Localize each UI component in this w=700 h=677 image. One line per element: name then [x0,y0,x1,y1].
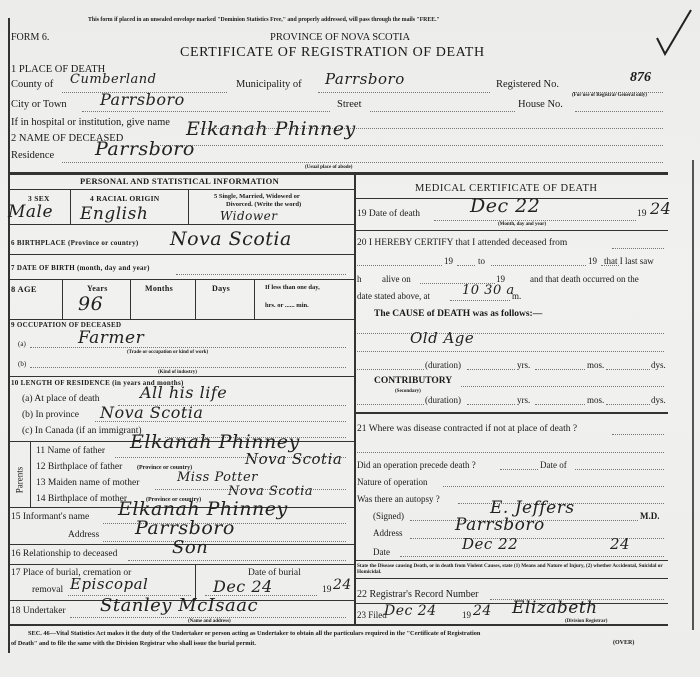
cause-label: The CAUSE of DEATH was as follows:— [374,309,542,319]
filed-label: 23 Filed [357,610,387,620]
municipality-value: Parrsboro [325,70,405,88]
time-value: 10 30 a [462,283,515,298]
registered-no-label: Registered No. [496,79,559,90]
father-birthplace-label: 12 Birthplace of father [36,462,122,472]
over-label: (OVER) [613,640,634,646]
cause-value: Old Age [410,329,474,347]
in-province-value: Nova Scotia [100,403,203,422]
residence-label: Residence [11,150,54,161]
months-label: Months [145,284,173,293]
certify-death-occurred: and that death occurred on the [530,274,639,284]
filed-date-value: Dec 24 [384,603,437,619]
informant-address-label: Address [68,530,99,540]
med-date-label: Date [373,547,390,557]
in-province-label: (b) In province [22,410,79,420]
county-label: County of [11,79,53,90]
sex-value: Male [8,202,53,222]
page-title: CERTIFICATE OF REGISTRATION OF DEATH [180,45,485,61]
certify-h: h [357,274,362,284]
operation-label: Did an operation precede death ? [357,460,476,470]
province-title: PROVINCE OF NOVA SCOTIA [270,32,410,43]
mother-maiden-label: 13 Maiden name of mother [36,478,139,488]
days-label: Days [212,284,230,293]
med-address-label: Address [373,528,403,538]
disease-contracted-label: 21 Where was disease contracted if not a… [357,424,577,434]
years-value: 96 [78,293,103,315]
occupation-a-value: Farmer [78,328,144,348]
death-certificate: This form if placed in an unsealed envel… [0,0,700,677]
years-label: Years [87,284,108,293]
duration-label: (duration) [425,360,461,370]
contrib-mos-label: mos. [587,395,604,405]
certify-to: to [478,256,485,266]
burial-year-value: 24 [333,577,352,593]
informant-name-label: 15 Informant's name [11,512,89,522]
mail-notice: This form if placed in an unsealed envel… [88,17,440,23]
mother-birthplace-label: 14 Birthplace of mother [36,494,127,504]
med-date-year-value: 24 [610,535,630,553]
form-number: FORM 6. [11,32,49,43]
marital-label-1: 5 Single, Married, Widowed or [214,193,300,200]
certify-date-stated: date stated above, at [357,291,430,301]
racial-origin-label: 4 RACIAL ORIGIN [90,194,160,203]
at-place-value: All his life [140,383,227,402]
registered-no-value: 876 [630,70,651,86]
mos-label: mos. [587,360,604,370]
left-border [8,18,10,653]
filed-year-value: 24 [473,603,492,619]
certify-19-a: 19 [444,256,453,266]
birthplace-value: Nova Scotia [170,228,292,250]
registrar-value: Elizabeth [512,598,598,618]
date-of-death-note: (Month, day and year) [498,222,546,227]
registered-no-note: (For use of Registrar General only) [572,93,647,98]
street-label: Street [337,99,362,110]
column-divider [354,174,356,624]
date-of-death-value: Dec 22 [470,195,540,217]
deceased-name-value: Elkanah Phinney [186,118,356,140]
medical-heading: MEDICAL CERTIFICATE OF DEATH [415,183,597,194]
mother-maiden-value: Miss Potter [177,470,258,485]
racial-origin-value: English [80,204,148,224]
check-mark-icon [655,8,695,58]
informant-address-value: Parrsboro [135,517,235,539]
burial-year-prefix: 19 [322,585,332,595]
house-no-label: House No. [518,99,563,110]
time-suffix: m. [512,291,521,301]
sec-46-line-2: of Death" and to file the same with the … [11,640,256,647]
city-label: City or Town [11,99,67,110]
at-place-label: (a) At place of death [22,394,100,404]
filed-year-prefix: 19 [462,610,471,620]
birthplace-label: 6 BIRTHPLACE (Province or country) [11,239,139,247]
contributory-label: CONTRIBUTORY [374,376,452,386]
certify-line-1: 20 I HEREBY CERTIFY that I attended dece… [357,238,567,248]
signed-label: (Signed) [373,511,404,521]
marital-label-2: Divorced. (Write the word) [226,201,301,208]
med-address-value: Parrsboro [455,515,545,535]
parents-label: Parents [14,467,24,494]
occupation-a-label: (a) [18,340,26,348]
violent-causes-note: State the Disease causing Death, or in d… [357,563,667,575]
mother-birthplace-value: Nova Scotia [228,484,313,499]
right-border [692,160,694,630]
registrar-record-label: 22 Registrar's Record Number [357,589,479,600]
city-value: Parrsboro [100,90,185,109]
undertaker-value: Stanley McIsaac [100,595,258,616]
hrs-min-label: hrs. or ...... min. [265,302,309,309]
residence-note: (Usual place of abode) [305,165,352,170]
certify-19-b: 19 [588,256,597,266]
contrib-yrs-label: yrs. [517,395,530,405]
hospital-label: If in hospital or institution, give name [11,117,170,128]
contributory-note: (Secondary) [395,389,421,394]
age-label: 8 AGE [11,284,37,294]
sec-46-line-1: SEC. 46—Vital Statistics Act makes it th… [28,630,480,637]
less-than-day-label: If less than one day, [265,284,320,291]
burial-date-value: Dec 24 [213,577,273,596]
certify-last-saw: that I last saw [604,256,654,266]
yrs-label: yrs. [517,360,530,370]
dys-label: dys. [651,360,666,370]
med-date-value: Dec 22 [462,535,518,553]
municipality-label: Municipality of [236,79,302,90]
in-canada-label: (c) In Canada (if an immigrant) [22,426,142,436]
operation-nature-label: Nature of operation [357,477,427,487]
father-name-label: 11 Name of father [36,446,105,456]
dob-label: 7 DATE OF BIRTH (month, day and year) [11,264,150,272]
operation-date-label: Date of [540,460,567,470]
date-of-death-label: 19 Date of death [357,209,420,219]
burial-removal-label: removal [32,585,63,595]
residence-value: Parrsboro [95,138,195,160]
section-divider [8,172,668,175]
undertaker-label: 18 Undertaker [11,606,66,616]
occupation-a-note: (Trade or occupation or kind of work) [127,350,208,355]
occupation-b-note: (Kind of industry) [158,370,197,375]
death-year-prefix: 19 [637,209,647,219]
contrib-duration-label: (duration) [425,395,461,405]
personal-heading: PERSONAL AND STATISTICAL INFORMATION [80,176,279,186]
county-value: Cumberland [70,72,156,87]
relationship-label: 16 Relationship to deceased [11,549,117,559]
certify-alive-on: alive on [382,274,411,284]
autopsy-label: Was there an autopsy ? [357,494,440,504]
relationship-value: Son [172,537,208,558]
death-year-value: 24 [650,199,671,218]
contrib-dys-label: dys. [651,395,666,405]
burial-place-value: Episcopal [70,575,148,593]
marital-value: Widower [220,209,277,223]
father-birthplace-value: Nova Scotia [245,450,342,468]
occupation-b-label: (b) [18,360,26,368]
md-label: M.D. [640,511,660,521]
